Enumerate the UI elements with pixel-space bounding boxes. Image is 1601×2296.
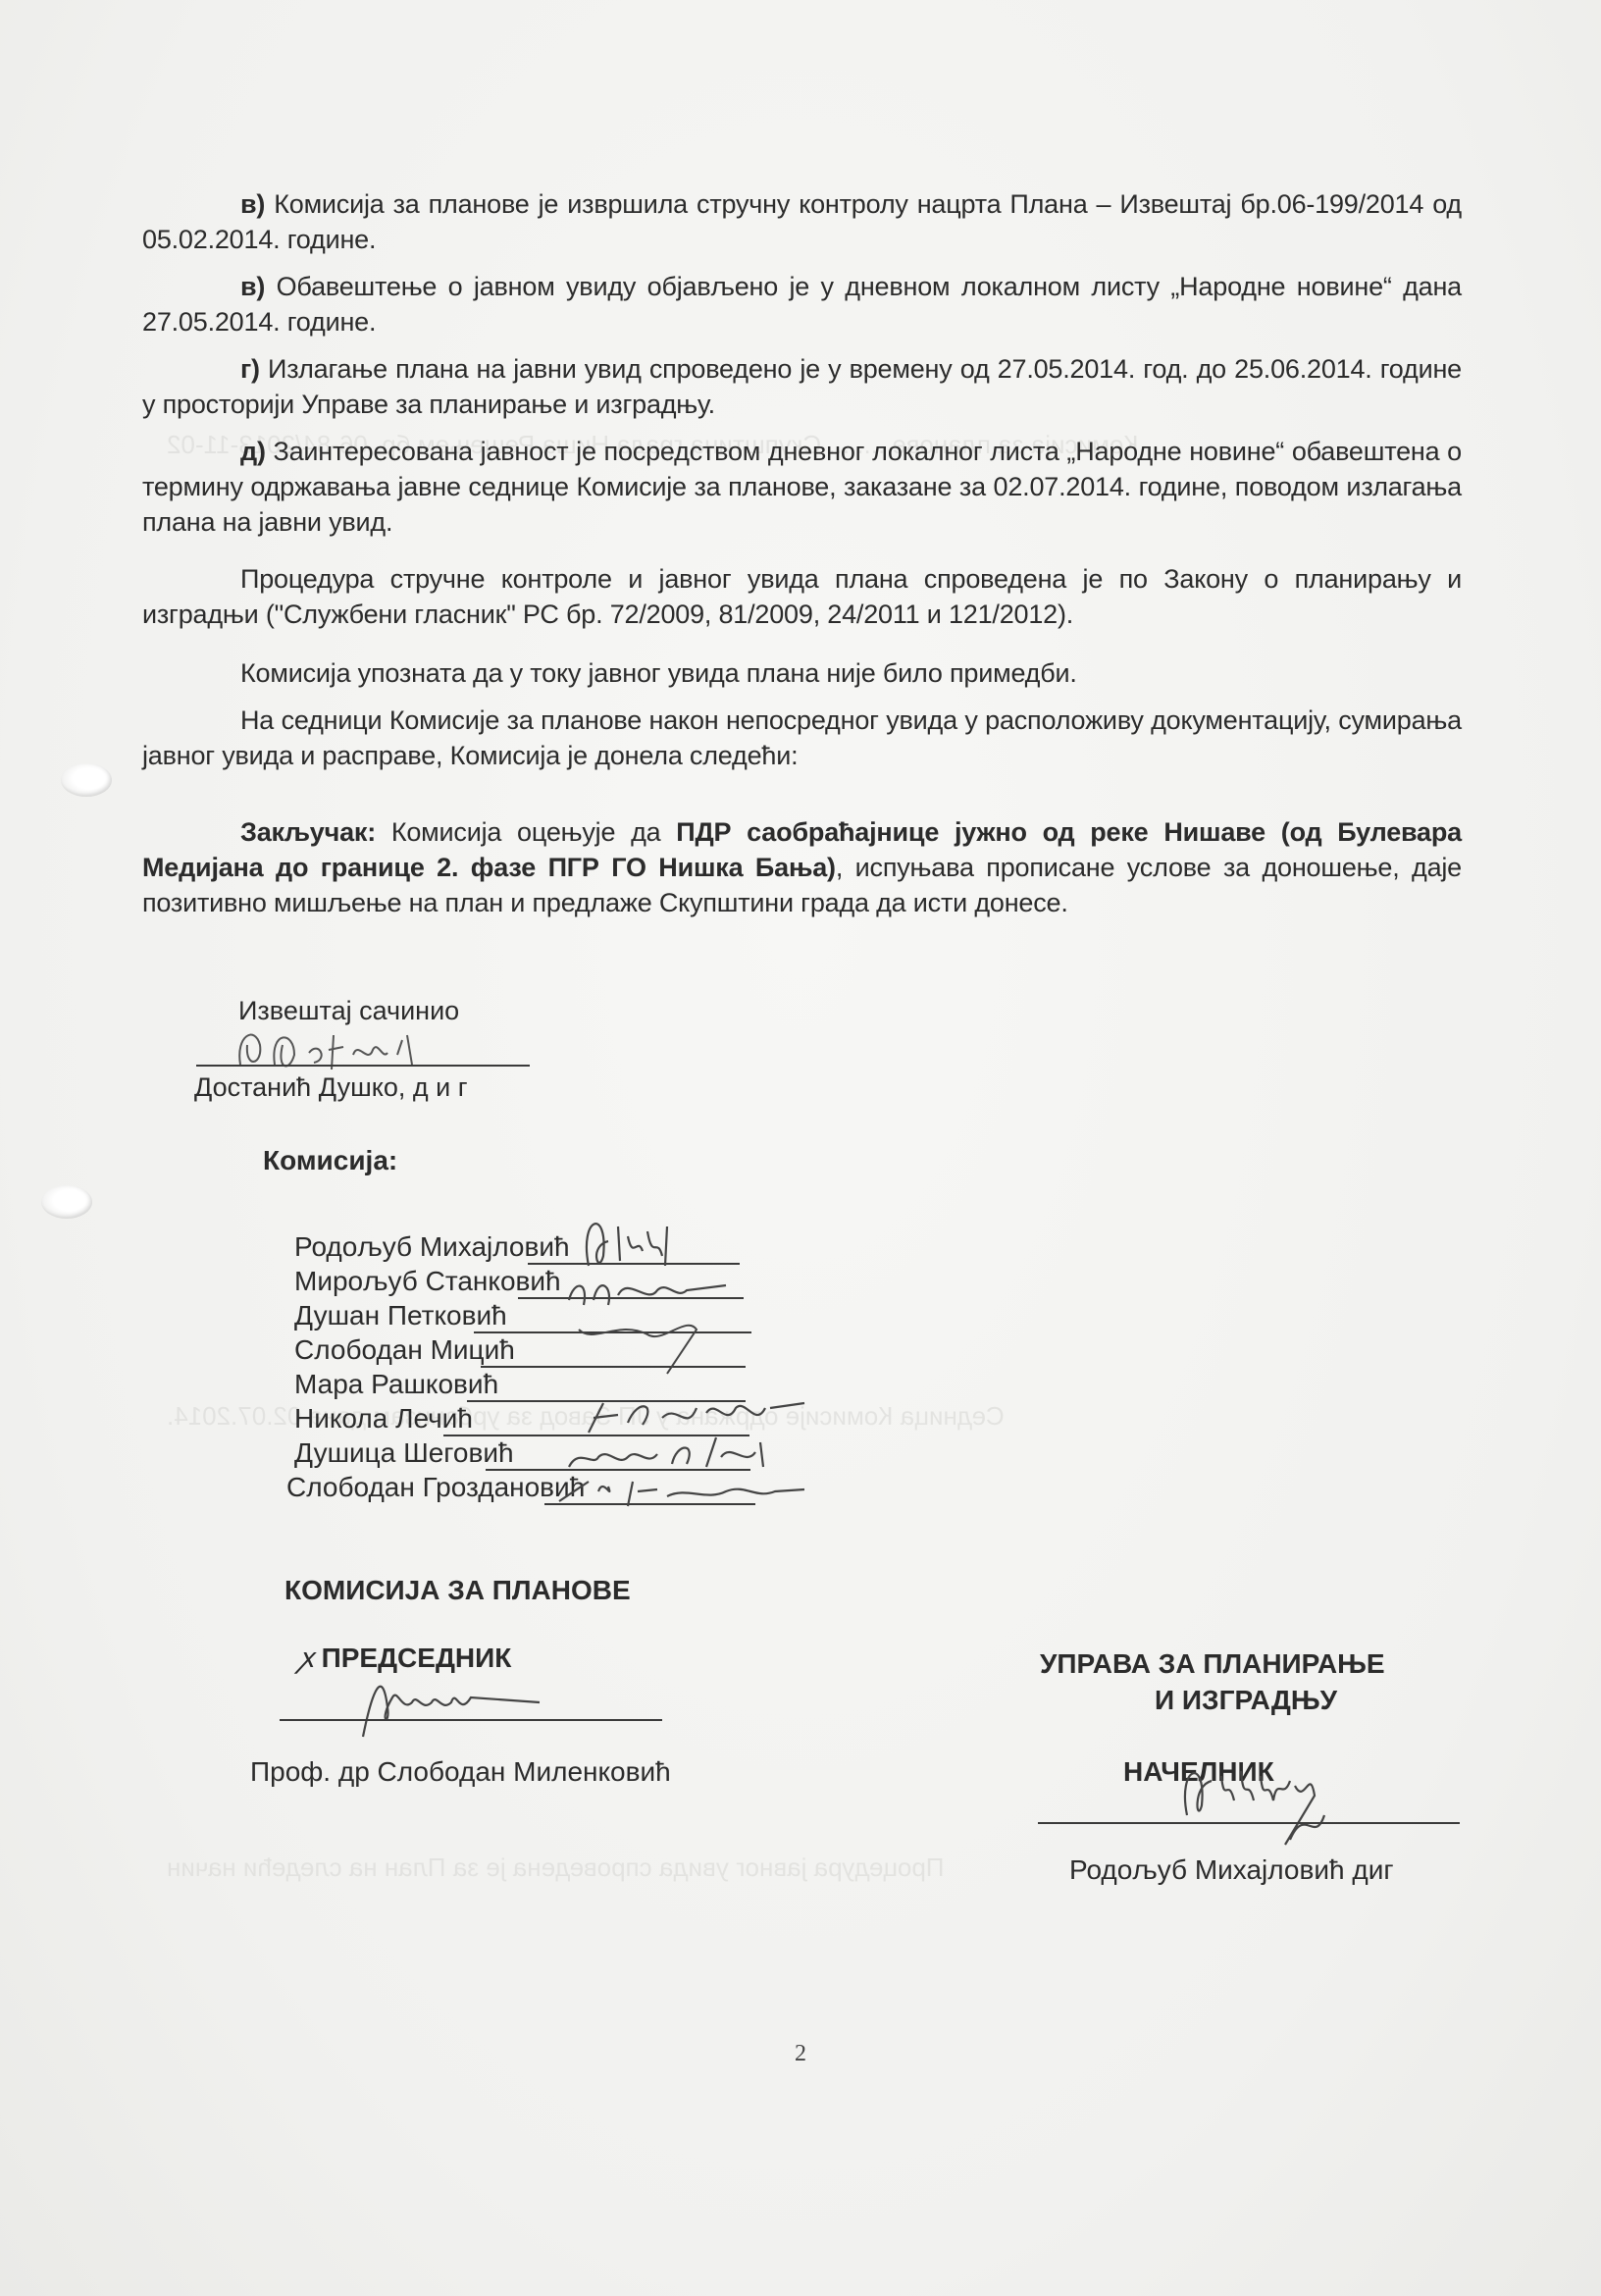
commission-member: Мирољуб Станковић — [294, 1266, 561, 1297]
report-author-heading: Извештај сачинио — [238, 996, 459, 1026]
signature-line — [1038, 1822, 1460, 1824]
paragraph-item: д) Заинтересована јавност је посредством… — [142, 434, 1462, 540]
paragraph-item: в) Комисија за планове је извршила струч… — [142, 186, 1462, 257]
item-label: д) — [240, 437, 266, 466]
commission-member: Душица Шеговић — [294, 1437, 514, 1469]
office-title-line2: И ИЗГРАДЊУ — [1155, 1685, 1337, 1716]
item-text: Излагање плана на јавни увид спроведено … — [142, 354, 1462, 419]
report-author-name: Достанић Душко, д и г — [194, 1072, 468, 1103]
procedure-paragraph: Процедура стручне контроле и јавног увид… — [142, 561, 1462, 632]
commission-member: Родољуб Михајловић — [294, 1231, 570, 1263]
item-label: в) — [240, 272, 265, 301]
paragraph-item: г) Излагање плана на јавни увид спроведе… — [142, 351, 1462, 422]
item-label: в) — [240, 189, 265, 219]
paragraph-item: в) Обавештење о јавном увиду објављено ј… — [142, 269, 1462, 339]
conclusion-paragraph: Закључак: Комисија оцењује да ПДР саобра… — [142, 814, 1462, 920]
bleed-through-texture: Процедура јавног увида спроведена је за … — [167, 1845, 945, 1890]
commission-member: Никола Лечић — [294, 1403, 473, 1435]
signature-line — [280, 1719, 662, 1721]
document-body: в) Комисија за планове је извршила струч… — [142, 186, 1462, 920]
no-objections-paragraph: Комисија упозната да у току јавног увида… — [142, 655, 1462, 691]
item-text: Комисија за планове је извршила стручну … — [142, 189, 1462, 254]
commission-member: Мара Рашковић — [294, 1369, 498, 1400]
signature-line — [196, 1065, 530, 1067]
office-title-line1: УПРАВА ЗА ПЛАНИРАЊЕ — [1040, 1648, 1385, 1680]
commission-member: Душан Петковић — [294, 1300, 507, 1331]
head-signature — [1167, 1747, 1393, 1854]
punch-hole — [41, 1185, 92, 1219]
commission-title: КОМИСИЈА ЗА ПЛАНОВЕ — [284, 1575, 631, 1606]
punch-hole — [61, 763, 112, 797]
commission-heading: Комисија: — [263, 1145, 397, 1176]
scanned-page: Комисија за планове ........ Скупштина г… — [0, 0, 1601, 2296]
page-number: 2 — [795, 2041, 806, 2067]
item-text: Обавештење о јавном увиду објављено је у… — [142, 272, 1462, 337]
conclusion-pre: Комисија оцењује да — [376, 817, 676, 847]
member-signatures — [549, 1207, 961, 1521]
chairman-signature — [343, 1668, 598, 1747]
session-paragraph: На седници Комисије за планове након неп… — [142, 703, 1462, 773]
conclusion-label: Закључак: — [240, 817, 376, 847]
chairman-name: Проф. др Слободан Миленковић — [250, 1756, 671, 1788]
commission-member: Слободан Мицић — [294, 1334, 515, 1366]
item-text: Заинтересована јавност је посредством дн… — [142, 437, 1462, 537]
on-behalf-mark: ꭗ — [299, 1643, 314, 1673]
author-signature — [235, 1025, 491, 1074]
head-name: Родољуб Михајловић диг — [1069, 1854, 1394, 1886]
item-label: г) — [240, 354, 260, 384]
commission-member: Слободан Гроздановић — [286, 1472, 585, 1503]
